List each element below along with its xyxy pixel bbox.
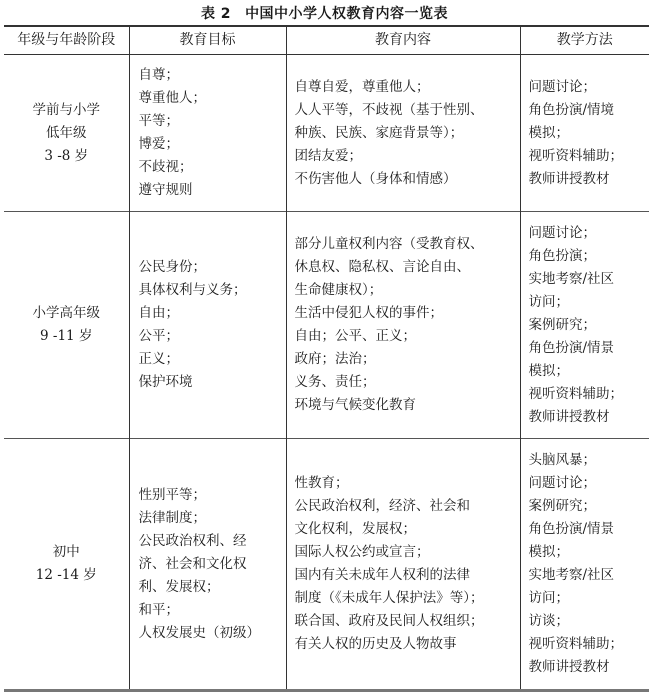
goals-line: 公平； (139, 325, 286, 348)
methods-line: 模拟； (529, 541, 648, 564)
header-row: 年级与年龄阶段 教育目标 教育内容 教学方法 (4, 26, 649, 55)
goals-cell: 公民身份；具体权利与义务；自由；公平；正义；保护环境 (129, 212, 286, 439)
methods-line: 教师讲授教材 (529, 656, 648, 679)
table-number: 表 2 (201, 6, 231, 22)
stage-line: 9 -11 岁 (4, 325, 129, 348)
human-rights-education-table: 年级与年龄阶段 教育目标 教育内容 教学方法 学前与小学低年级3 -8 岁自尊；… (4, 25, 649, 692)
methods-cell: 问题讨论；角色扮演/情境模拟；视听资料辅助；教师讲授教材 (520, 55, 649, 212)
content-line: 联合国、政府及民间人权组织； (295, 610, 516, 633)
goals-line: 不歧视； (139, 156, 286, 179)
goals-line: 公民身份； (139, 256, 286, 279)
goals-line: 自尊； (139, 64, 286, 87)
content-line: 国际人权公约或宣言； (295, 541, 516, 564)
content-line: 休息权、隐私权、言论自由、 (295, 256, 516, 279)
methods-cell: 头脑风暴；问题讨论；案例研究；角色扮演/情景模拟；实地考察/社区访问；访谈；视听… (520, 439, 649, 691)
methods-line: 角色扮演； (529, 245, 648, 268)
goals-line: 正义； (139, 348, 286, 371)
content-line: 制度（《未成年人保护法》等）； (295, 587, 516, 610)
methods-line: 问题讨论； (529, 222, 648, 245)
header-stage: 年级与年龄阶段 (4, 26, 129, 55)
content-line: 性教育； (295, 472, 516, 495)
goals-line: 公民政治权利、经 (139, 530, 286, 553)
methods-line: 访谈； (529, 610, 648, 633)
methods-line: 教师讲授教材 (529, 406, 648, 429)
content-line: 自尊自爱，尊重他人； (295, 76, 516, 99)
content-line: 环境与气候变化教育 (295, 394, 516, 417)
goals-line: 性别平等； (139, 484, 286, 507)
methods-line: 访问； (529, 587, 648, 610)
methods-line: 教师讲授教材 (529, 168, 648, 191)
content-line: 不伤害他人（身体和情感） (295, 168, 516, 191)
goals-line: 法律制度； (139, 507, 286, 530)
methods-line: 问题讨论； (529, 472, 648, 495)
table-row: 初中12 -14 岁性别平等；法律制度；公民政治权利、经济、社会和文化权利、发展… (4, 439, 649, 691)
stage-line: 3 -8 岁 (4, 145, 129, 168)
goals-line: 尊重他人； (139, 87, 286, 110)
methods-line: 视听资料辅助； (529, 145, 648, 168)
content-line: 生活中侵犯人权的事件； (295, 302, 516, 325)
goals-line: 平等； (139, 110, 286, 133)
methods-line: 角色扮演/情景 (529, 337, 648, 360)
header-methods: 教学方法 (520, 26, 649, 55)
stage-cell: 小学高年级9 -11 岁 (4, 212, 129, 439)
header-goals: 教育目标 (129, 26, 286, 55)
methods-line: 问题讨论； (529, 76, 648, 99)
goals-line: 保护环境 (139, 371, 286, 394)
methods-line: 实地考察/社区 (529, 268, 648, 291)
stage-line: 学前与小学 (4, 99, 129, 122)
goals-line: 人权发展史（初级） (139, 622, 286, 645)
methods-line: 视听资料辅助； (529, 383, 648, 406)
content-cell: 自尊自爱，尊重他人；人人平等，不歧视（基于性别、种族、民族、家庭背景等）；团结友… (286, 55, 520, 212)
stage-line: 12 -14 岁 (4, 564, 129, 587)
content-line: 种族、民族、家庭背景等）； (295, 122, 516, 145)
content-line: 生命健康权）； (295, 279, 516, 302)
table-title: 中国中小学人权教育内容一览表 (245, 6, 448, 22)
content-line: 人人平等，不歧视（基于性别、 (295, 99, 516, 122)
goals-line: 济、社会和文化权 (139, 553, 286, 576)
methods-cell: 问题讨论；角色扮演；实地考察/社区访问；案例研究；角色扮演/情景模拟；视听资料辅… (520, 212, 649, 439)
methods-line: 实地考察/社区 (529, 564, 648, 587)
content-line: 部分儿童权利内容（受教育权、 (295, 233, 516, 256)
methods-line: 视听资料辅助； (529, 633, 648, 656)
content-line: 自由；公平、正义； (295, 325, 516, 348)
methods-line: 模拟； (529, 360, 648, 383)
content-line: 团结友爱； (295, 145, 516, 168)
content-line: 有关人权的历史及人物故事 (295, 633, 516, 656)
stage-cell: 学前与小学低年级3 -8 岁 (4, 55, 129, 212)
content-line: 文化权利，发展权； (295, 518, 516, 541)
goals-line: 博爱； (139, 133, 286, 156)
goals-line: 利、发展权； (139, 576, 286, 599)
table-row: 小学高年级9 -11 岁公民身份；具体权利与义务；自由；公平；正义；保护环境部分… (4, 212, 649, 439)
content-cell: 部分儿童权利内容（受教育权、休息权、隐私权、言论自由、生命健康权）；生活中侵犯人… (286, 212, 520, 439)
goals-line: 和平； (139, 599, 286, 622)
content-line: 义务、责任； (295, 371, 516, 394)
methods-line: 头脑风暴； (529, 449, 648, 472)
goals-line: 自由； (139, 302, 286, 325)
content-line: 国内有关未成年人权利的法律 (295, 564, 516, 587)
stage-cell: 初中12 -14 岁 (4, 439, 129, 691)
table-caption: 表 2中国中小学人权教育内容一览表 (0, 3, 649, 23)
stage-line: 低年级 (4, 122, 129, 145)
methods-line: 访问； (529, 291, 648, 314)
content-line: 公民政治权利，经济、社会和 (295, 495, 516, 518)
goals-cell: 性别平等；法律制度；公民政治权利、经济、社会和文化权利、发展权；和平；人权发展史… (129, 439, 286, 691)
goals-cell: 自尊；尊重他人；平等；博爱；不歧视；遵守规则 (129, 55, 286, 212)
stage-line: 小学高年级 (4, 302, 129, 325)
methods-line: 案例研究； (529, 314, 648, 337)
table-row: 学前与小学低年级3 -8 岁自尊；尊重他人；平等；博爱；不歧视；遵守规则自尊自爱… (4, 55, 649, 212)
content-cell: 性教育；公民政治权利，经济、社会和文化权利，发展权；国际人权公约或宣言；国内有关… (286, 439, 520, 691)
goals-line: 遵守规则 (139, 179, 286, 202)
methods-line: 案例研究； (529, 495, 648, 518)
methods-line: 角色扮演/情境 (529, 99, 648, 122)
methods-line: 角色扮演/情景 (529, 518, 648, 541)
content-line: 政府；法治； (295, 348, 516, 371)
stage-line: 初中 (4, 541, 129, 564)
goals-line: 具体权利与义务； (139, 279, 286, 302)
methods-line: 模拟； (529, 122, 648, 145)
header-content: 教育内容 (286, 26, 520, 55)
